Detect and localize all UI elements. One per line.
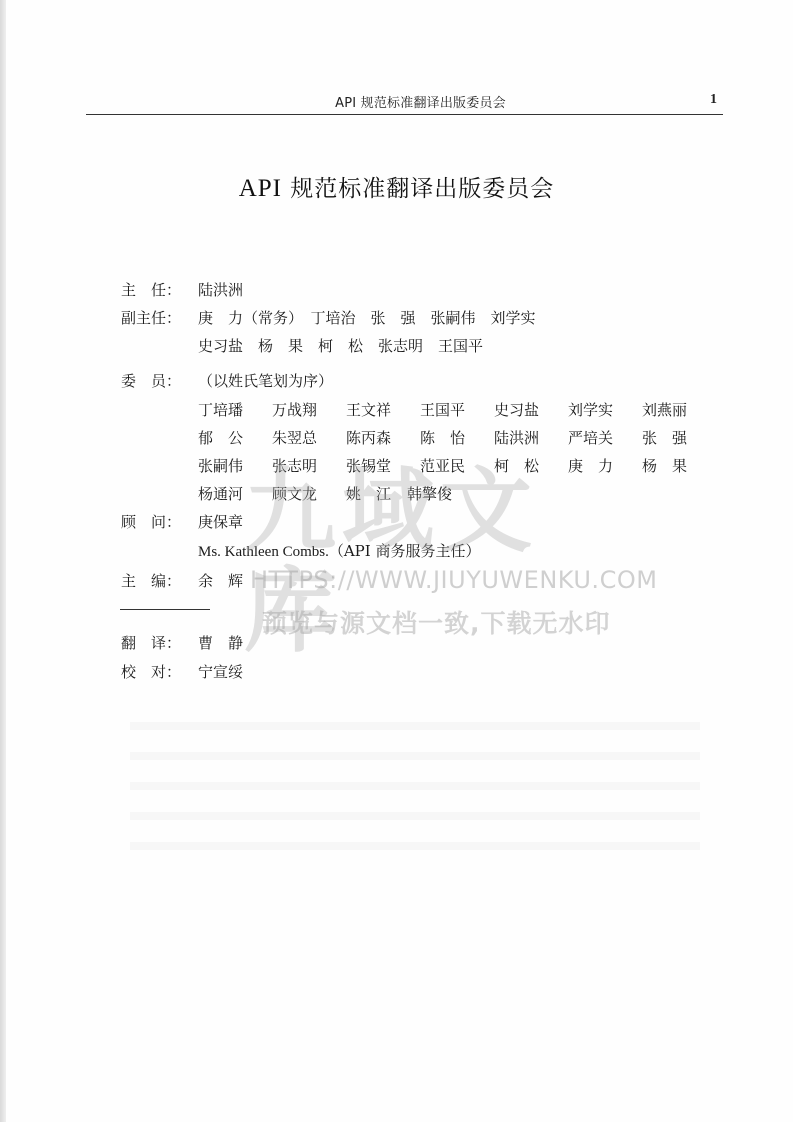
member-name: 杨通河 [198,481,272,507]
watermark-url: HTTPS://WWW.JIUYUWENKU.COM [250,566,657,594]
member-name: 朱翌总 [272,425,346,451]
member-name: 陆洪洲 [494,425,568,451]
member-name: 顾文龙 [272,481,346,507]
member-name: 张锡堂 [346,453,420,479]
running-head: API 规范标准翻译出版委员会 1 [118,90,723,114]
proofreader-label: 校 对： [121,659,197,685]
member-name: 严培关 [568,425,642,451]
running-head-title: API 规范标准翻译出版委员会 [118,92,723,111]
deputy-directors-label: 副主任： [121,305,197,331]
advisors-label: 顾 问： [121,509,197,535]
deputy-directors-line1: 庚 力（常务） 丁培治 张 强 张嗣伟 刘学实 [198,305,536,331]
member-name: 张嗣伟 [198,453,272,479]
proofreader-names: 宁宣绥 [198,659,243,685]
header-rule [86,114,723,115]
advisor-foreign-title: （API 商务服务主任） [329,542,481,560]
member-name: 王文祥 [346,397,420,423]
director-label: 主 任： [121,277,197,303]
member-name: 丁培璠 [198,397,272,423]
member-name: 张 强 [642,425,716,451]
member-name: 陈丙森 [346,425,420,451]
member-name: 柯 松 [494,453,568,479]
director-names: 陆洪洲 [198,277,243,303]
members-row: 委 员： （以姓氏笔划为序） [121,368,197,394]
members-label: 委 员： [121,368,197,394]
advisor-foreign-name: Ms. Kathleen Combs. [198,544,329,560]
member-name: 陈 怡 [420,425,494,451]
page-title-latin: API [239,175,282,202]
translator-names: 曹 静 [198,630,243,656]
scan-bleed-through [130,700,700,870]
page-title: API 规范标准翻译出版委员会 [0,170,793,203]
member-name: 刘学实 [568,397,642,423]
member-name: 王国平 [420,397,494,423]
member-name: 刘燕丽 [642,397,716,423]
watermark-note: 预览与源文档一致,下载无水印 [262,604,611,640]
page-title-text: 规范标准翻译出版委员会 [282,176,554,202]
deputy-directors-row: 副主任： 庚 力（常务） 丁培治 张 强 张嗣伟 刘学实 [121,305,197,331]
translator-row: 翻 译： 曹 静 [121,630,197,656]
member-name: 韩擎俊 [407,481,481,507]
member-name: 郁 公 [198,425,272,451]
chief-editor-row: 主 编： 余 辉 [121,568,197,594]
member-name: 史习盐 [494,397,568,423]
advisors-line1: 庚保章 [198,509,243,535]
page-number: 1 [710,92,717,108]
member-name: 杨 果 [642,453,716,479]
member-name: 张志明 [272,453,346,479]
translator-label: 翻 译： [121,630,197,656]
deputy-directors-line2: 史习盐 杨 果 柯 松 张志明 王国平 [198,333,483,359]
chief-editor-names: 余 辉 [198,568,243,594]
member-name: 庚 力 [568,453,642,479]
scan-left-edge [0,0,6,1122]
section-divider [120,609,210,610]
proofreader-row: 校 对： 宁宣绥 [121,659,197,685]
members-note: （以姓氏笔划为序） [198,368,333,394]
chief-editor-label: 主 编： [121,568,197,594]
advisors-row: 顾 问： 庚保章 [121,509,197,535]
member-name: 范亚民 [420,453,494,479]
director-row: 主 任： 陆洪洲 [121,277,197,303]
member-name: 万战翔 [272,397,346,423]
